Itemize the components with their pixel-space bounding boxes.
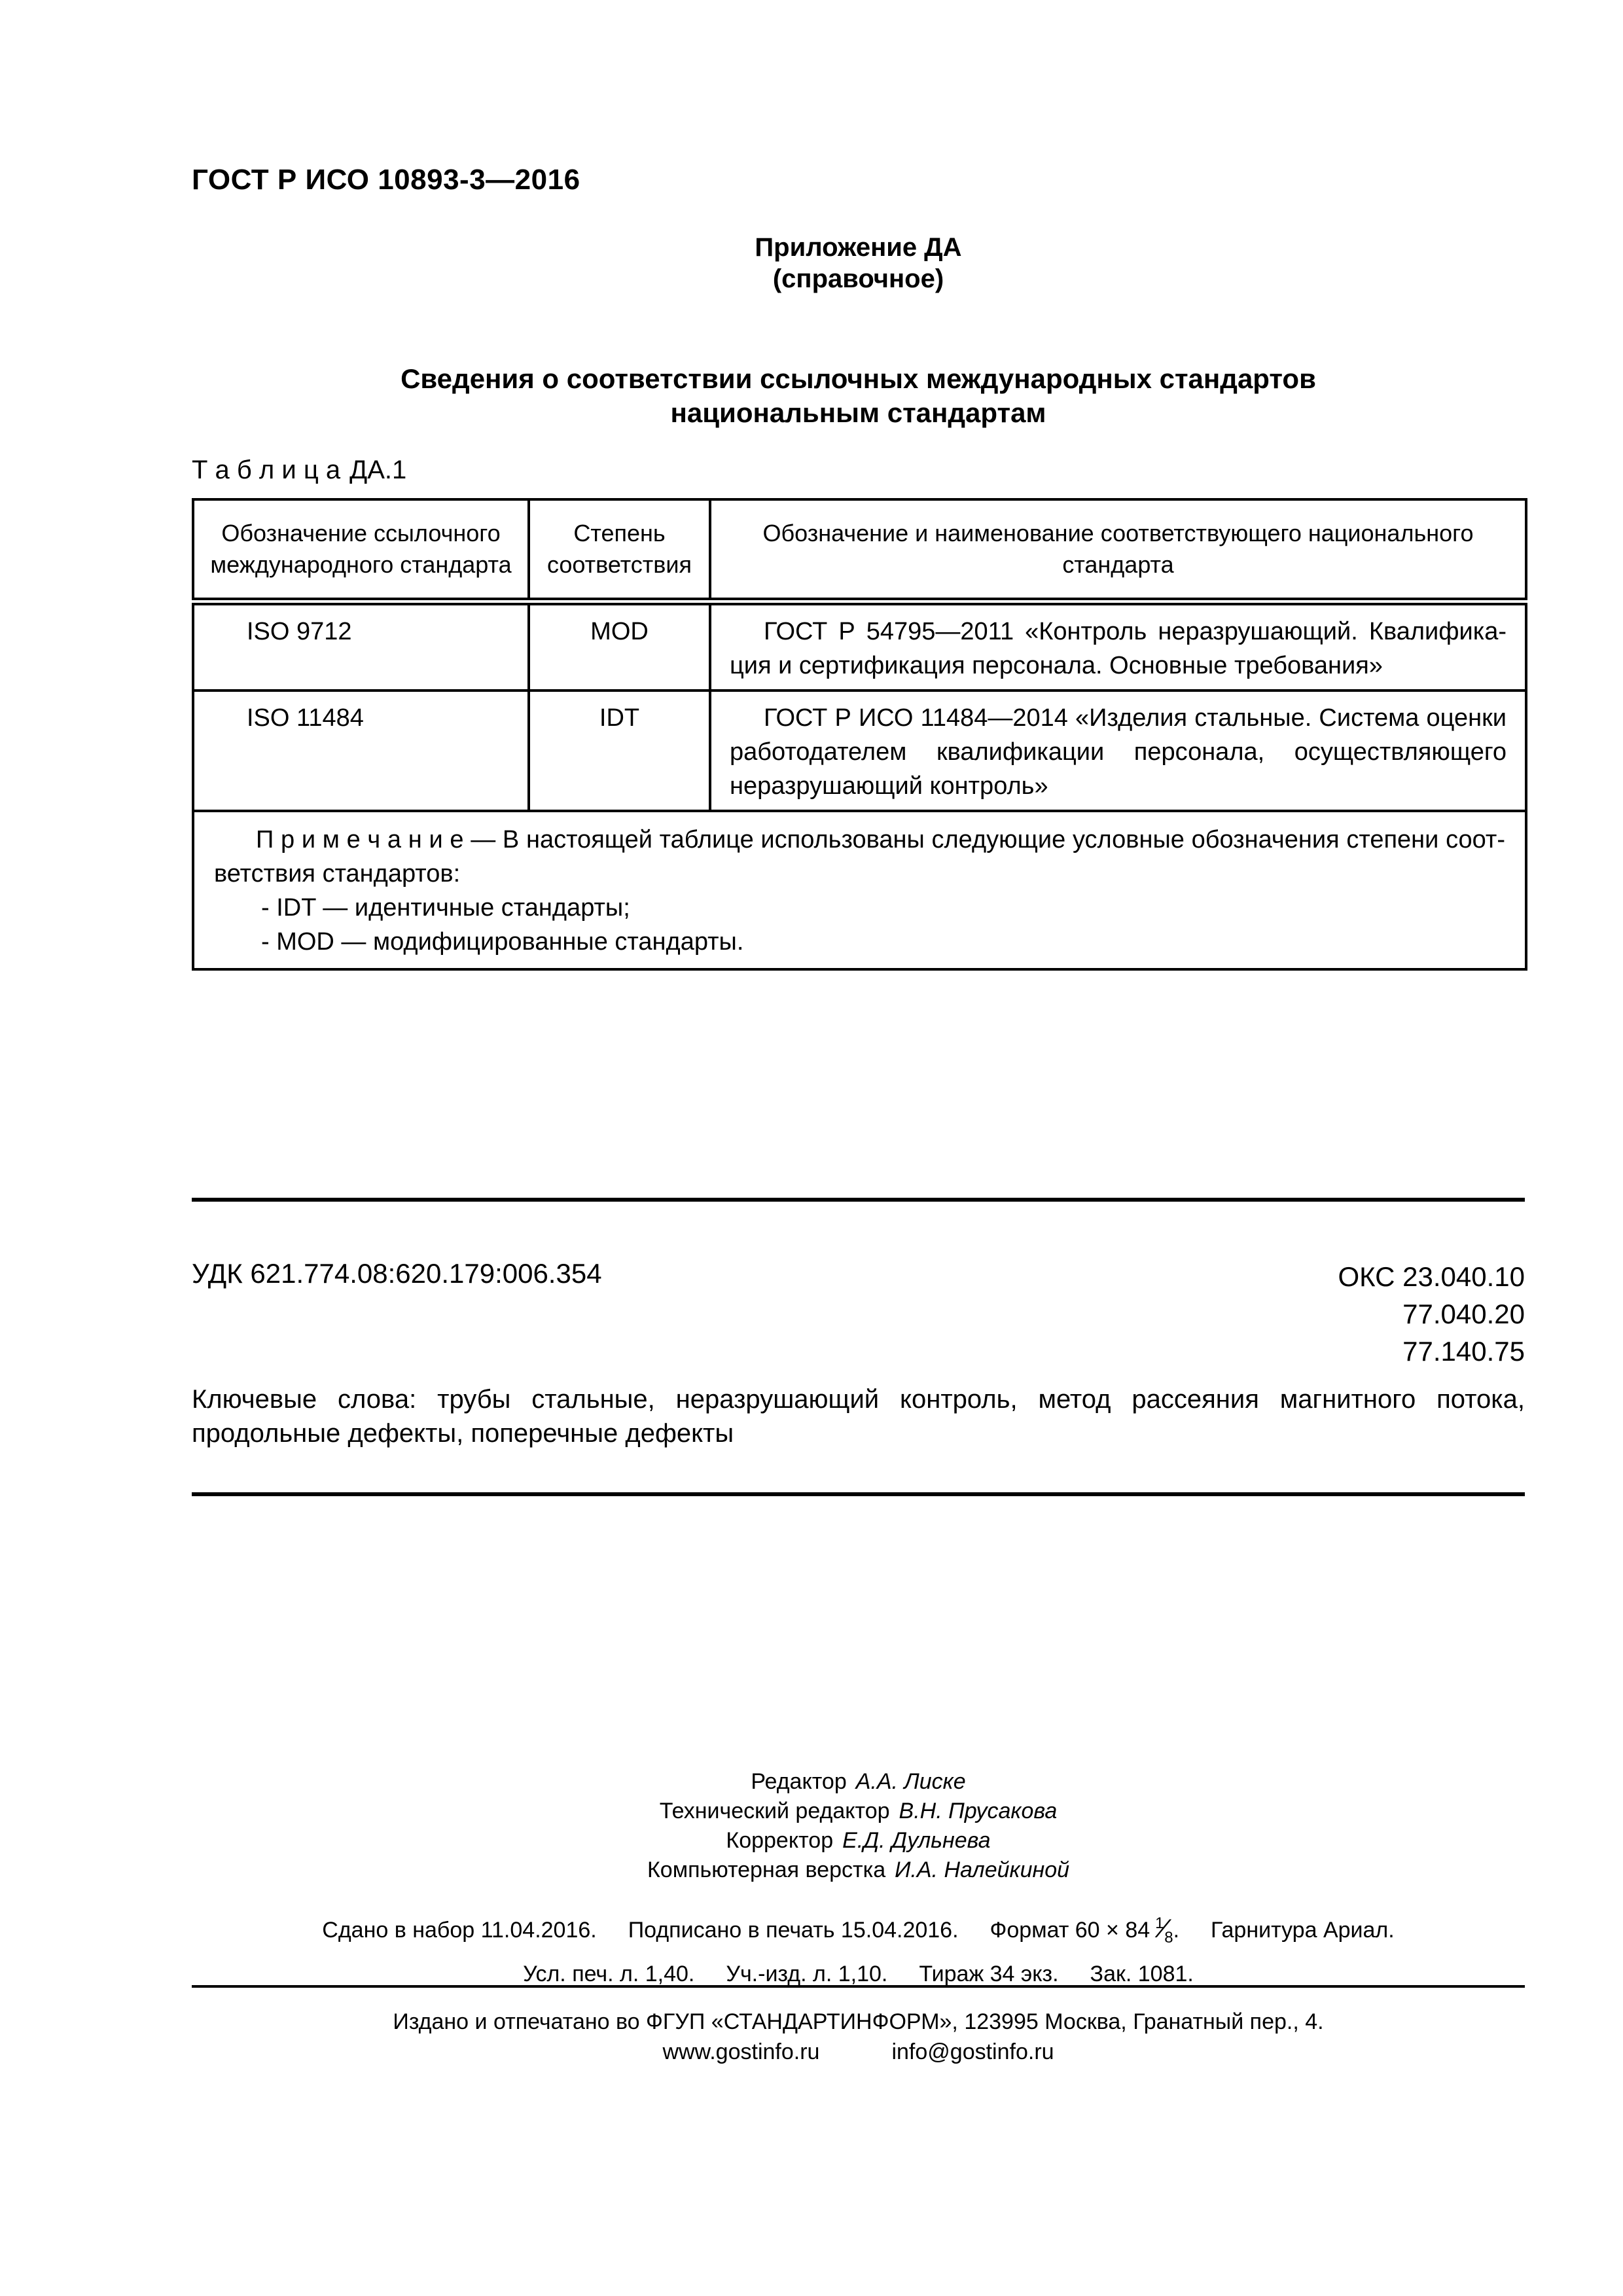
cell-degree: IDT: [529, 691, 710, 811]
cell-text-line: ГОСТ Р ИСО 11484—2014 «Изделия стальные.…: [730, 701, 1507, 735]
editor-name: И.А. Налейкиной: [895, 1857, 1069, 1882]
editor-line: РедакторА.А. Лиске: [192, 1767, 1525, 1797]
section-title-line1: Сведения о соответствии ссылочных междун…: [192, 362, 1525, 396]
table-caption-word: Т а б л и ц а: [192, 456, 340, 484]
udk-code: УДК 621.774.08:620.179:006.354: [192, 1258, 602, 1289]
annex-kind: (справочное): [192, 263, 1525, 295]
imprint-circulation: Тираж 34 экз.: [919, 1962, 1058, 1986]
editor-role: Редактор: [751, 1769, 846, 1794]
correspondence-table: Обозначение ссылочного международного ст…: [192, 498, 1527, 971]
cell-reference-standard: ISO 11484: [193, 691, 529, 811]
fraction-denominator: 8: [1164, 1929, 1173, 1946]
col-header-reference-standard: Обозначение ссылочного международного ст…: [193, 499, 529, 601]
horizontal-rule-middle: [192, 1492, 1525, 1496]
cell-text-line: неразрушающий контроль»: [730, 769, 1507, 803]
note-text-line: П р и м е ч а н и е — В настоящей таблиц…: [214, 823, 1505, 857]
editor-line: Компьютерная версткаИ.А. Налейкиной: [192, 1856, 1525, 1885]
publisher-website: www.gostinfo.ru: [662, 2039, 819, 2064]
publisher-email: info@gostinfo.ru: [891, 2039, 1054, 2064]
colophon-editors: РедакторА.А. Лиске Технический редакторВ…: [192, 1767, 1525, 1885]
imprint-line1: Сдано в набор 11.04.2016.Подписано в печ…: [192, 1914, 1525, 1947]
editor-name: А.А. Лиске: [856, 1769, 966, 1794]
col-header-national-standard: Обозначение и наименование соответствующ…: [710, 499, 1526, 601]
keywords-line: продольные дефекты, поперечные дефекты: [192, 1416, 1525, 1450]
table-caption-number: ДА.1: [349, 456, 406, 484]
horizontal-rule-bottom: [192, 1985, 1525, 1988]
cell-national-standard: ГОСТ Р 54795—2011 «Контроль неразрушающи…: [710, 601, 1526, 691]
annex-label: Приложение ДА: [192, 232, 1525, 263]
editor-role: Технический редактор: [660, 1799, 890, 1823]
section-title-line2: национальным стандартам: [192, 396, 1525, 430]
note-list-item: - IDT — идентичные стандарты;: [214, 891, 1505, 925]
editor-role: Компьютерная верстка: [647, 1857, 885, 1882]
table-note-row: П р и м е ч а н и е — В настоящей таблиц…: [193, 811, 1526, 969]
cell-text-line: ция и сертификация персонала. Основные т…: [730, 649, 1507, 683]
horizontal-rule-top: [192, 1198, 1525, 1202]
format-period: .: [1173, 1918, 1179, 1943]
imprint-order-number: Зак. 1081.: [1090, 1962, 1194, 1986]
imprint-conventional-sheets: Усл. печ. л. 1,40.: [523, 1962, 694, 1986]
table-row: ISO 11484 IDT ГОСТ Р ИСО 11484—2014 «Изд…: [193, 691, 1526, 811]
cell-degree: MOD: [529, 601, 710, 691]
note-text-line: ветствия стандартов:: [214, 857, 1505, 891]
imprint-format: Формат 60 × 841⁄8.: [990, 1918, 1179, 1943]
oks-code-line: ОКС 23.040.10: [1338, 1258, 1525, 1295]
format-fraction: 1⁄8: [1155, 1918, 1173, 1943]
classification-codes: УДК 621.774.08:620.179:006.354 ОКС 23.04…: [192, 1258, 1525, 1370]
keywords-line: Ключевые слова: трубы стальные, неразруш…: [192, 1382, 1525, 1416]
publisher-address: Издано и отпечатано во ФГУП «СТАНДАРТИНФ…: [192, 2007, 1525, 2037]
imprint-accounting-sheets: Уч.-изд. л. 1,10.: [726, 1962, 887, 1986]
document-page: ГОСТ Р ИСО 10893-3—2016 Приложение ДА (с…: [0, 0, 1623, 2296]
publisher-block: Издано и отпечатано во ФГУП «СТАНДАРТИНФ…: [192, 2007, 1525, 2067]
table-caption: Т а б л и ц аДА.1: [192, 456, 1525, 485]
editor-name: В.Н. Прусакова: [899, 1799, 1058, 1823]
oks-code-line: 77.040.20: [1338, 1295, 1525, 1333]
imprint-block: Сдано в набор 11.04.2016.Подписано в печ…: [192, 1914, 1525, 1987]
col-header-degree: Степень соответствия: [529, 499, 710, 601]
cell-text-line: ГОСТ Р 54795—2011 «Контроль неразрушающи…: [730, 615, 1507, 649]
oks-codes: ОКС 23.040.10 77.040.20 77.140.75: [1338, 1258, 1525, 1370]
cell-reference-standard: ISO 9712: [193, 601, 529, 691]
editor-line: Технический редакторВ.Н. Прусакова: [192, 1797, 1525, 1826]
imprint-typeset-date: Сдано в набор 11.04.2016.: [322, 1918, 596, 1943]
imprint-typeface: Гарнитура Ариал.: [1211, 1918, 1395, 1943]
editor-line: КорректорЕ.Д. Дульнева: [192, 1826, 1525, 1856]
imprint-format-text: Формат 60 × 84: [990, 1918, 1150, 1943]
table-note: П р и м е ч а н и е — В настоящей таблиц…: [193, 811, 1526, 969]
editor-name: Е.Д. Дульнева: [842, 1828, 990, 1853]
table-row: ISO 9712 MOD ГОСТ Р 54795—2011 «Контроль…: [193, 601, 1526, 691]
cell-text-line: работодателем квалификации персонала, ос…: [730, 735, 1507, 769]
table-header-row: Обозначение ссылочного международного ст…: [193, 499, 1526, 601]
annex-heading: Приложение ДА (справочное): [192, 232, 1525, 295]
imprint-signed-date: Подписано в печать 15.04.2016.: [628, 1918, 959, 1943]
note-list-item: - MOD — модифицированные стандарты.: [214, 925, 1505, 959]
publisher-contacts: www.gostinfo.ruinfo@gostinfo.ru: [192, 2037, 1525, 2067]
section-title: Сведения о соответствии ссылочных междун…: [192, 362, 1525, 430]
keywords-paragraph: Ключевые слова: трубы стальные, неразруш…: [192, 1382, 1525, 1450]
editor-role: Корректор: [726, 1828, 833, 1853]
cell-national-standard: ГОСТ Р ИСО 11484—2014 «Изделия стальные.…: [710, 691, 1526, 811]
oks-code-line: 77.140.75: [1338, 1333, 1525, 1370]
imprint-line2: Усл. печ. л. 1,40.Уч.-изд. л. 1,10.Тираж…: [192, 1962, 1525, 1987]
running-header: ГОСТ Р ИСО 10893-3—2016: [192, 164, 1525, 196]
